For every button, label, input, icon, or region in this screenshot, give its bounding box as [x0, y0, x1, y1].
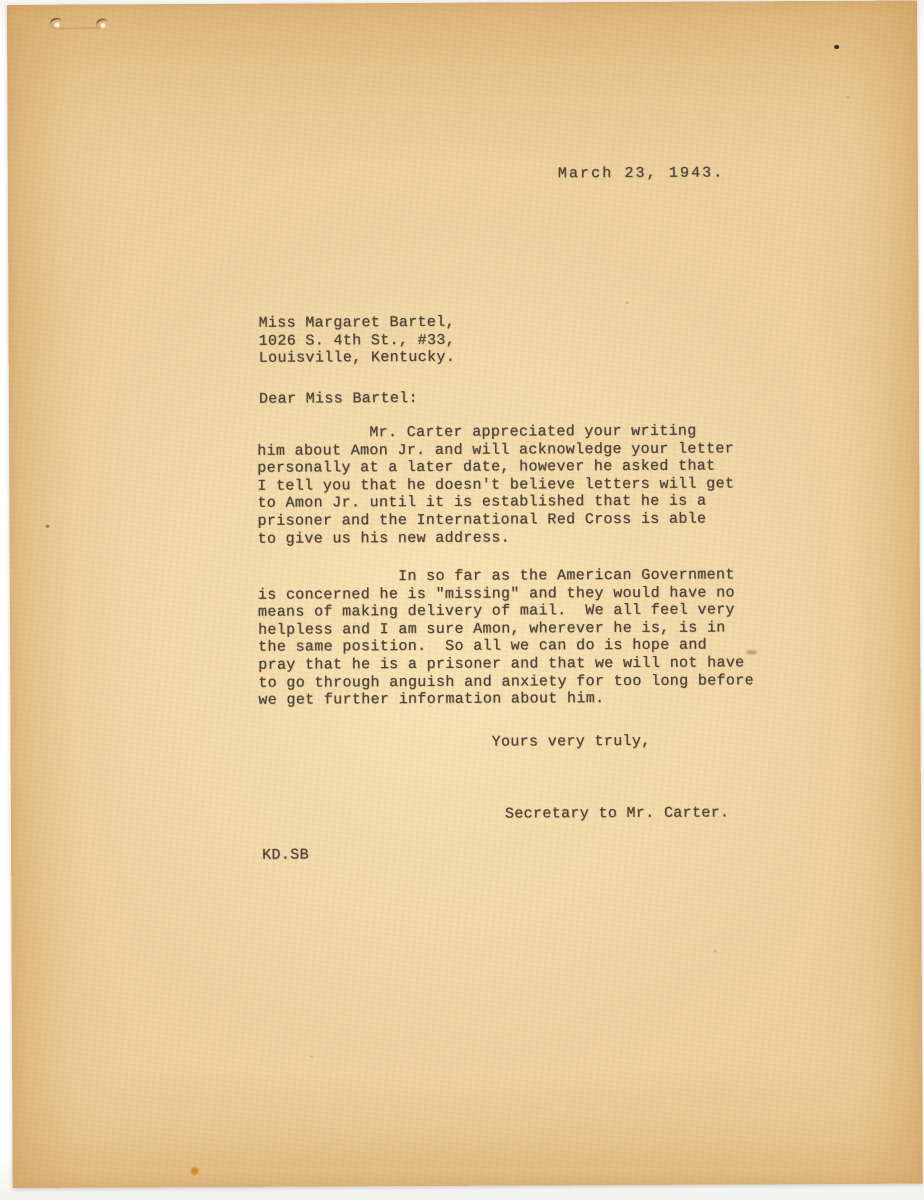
paper-freckle [714, 950, 717, 953]
stain-spot [190, 1166, 200, 1176]
paper-freckle [310, 1056, 313, 1058]
typist-initials: KD.SB [262, 847, 309, 865]
staple-hole-right [96, 19, 109, 31]
body-paragraph-1: Mr. Carter appreciated your writing him … [257, 422, 735, 547]
scan-background: March 23, 1943. Miss Margaret Bartel, 10… [0, 0, 924, 1200]
recipient-address-block: Miss Margaret Bartel, 1026 S. 4th St., #… [259, 314, 456, 368]
letter-page: March 23, 1943. Miss Margaret Bartel, 10… [7, 1, 923, 1188]
ink-speck [834, 45, 839, 49]
paper-speck [46, 525, 50, 528]
staple-hole-icon [100, 23, 106, 29]
signature-line: Secretary to Mr. Carter. [505, 804, 730, 823]
complimentary-closing: Yours very truly, [492, 733, 651, 751]
letter-date: March 23, 1943. [558, 164, 725, 182]
body-paragraph-2: In so far as the American Government is … [258, 566, 754, 709]
scratch-mark [59, 28, 97, 29]
paper-freckle [845, 96, 849, 99]
paper-freckle [625, 301, 628, 304]
salutation-line: Dear Miss Bartel: [259, 390, 418, 408]
